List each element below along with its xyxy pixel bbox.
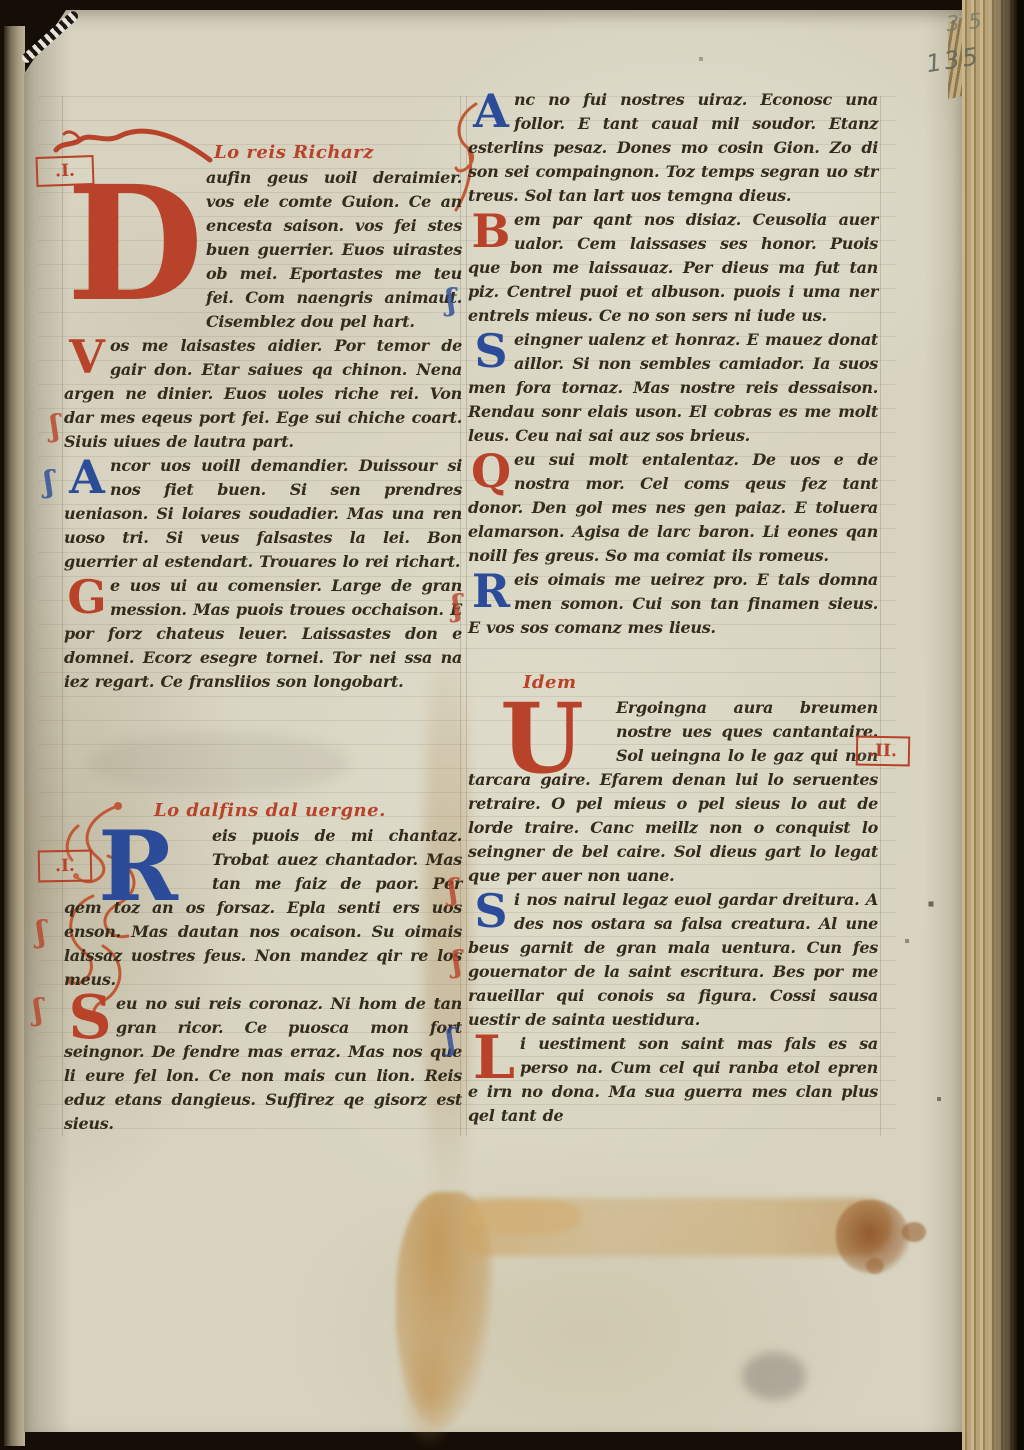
stanza-text: i uestiment son saint mas fals es sa per… <box>468 1034 878 1125</box>
illuminated-initial-S: S <box>64 992 116 1040</box>
margin-numeral: .I. <box>55 161 75 182</box>
stanza-text: nc no fui nostres uiraz. Econosc una fol… <box>468 90 878 205</box>
stanza: Qeu sui molt entalentaz. De uos e de nos… <box>468 448 878 568</box>
left-text-column: Lo reis RicharzDaufin geus uoil deraimie… <box>64 140 462 1136</box>
margin-numeral: .II. <box>869 741 897 761</box>
column-gap <box>64 694 462 798</box>
illuminated-initial-U: U <box>468 696 616 768</box>
book-fore-edge <box>962 0 1024 1450</box>
folio-number-top: 35 <box>945 8 992 37</box>
margin-numeral-box-2: .I. <box>38 850 93 883</box>
stanza-text: aufin geus uoil deraimier. vos ele comte… <box>206 168 462 331</box>
stanza-text: os me laisastes aidier. Por temor de gai… <box>64 336 462 451</box>
paraph-mark-icon: ʃ <box>452 948 462 978</box>
right-text-column: Anc no fui nostres uiraz. Econosc una fo… <box>468 88 878 1128</box>
margin-numeral-box-3: .II. <box>856 736 911 767</box>
illuminated-initial-Q: Q <box>468 448 514 496</box>
stanza-text: eu no sui reis coronaz. Ni hom de tan gr… <box>64 994 462 1133</box>
margin-numeral: .I. <box>55 856 75 876</box>
illuminated-initial-S: S <box>468 888 514 936</box>
paraph-mark-icon: ʃ <box>446 286 456 316</box>
column-gap <box>468 640 878 670</box>
stanza: Reis oimais me ueirez pro. E tals domna … <box>468 568 878 640</box>
illuminated-initial-L: L <box>468 1032 520 1080</box>
stanza-text: eis oimais me ueirez pro. E tals domna m… <box>468 570 878 637</box>
stanza: UErgoingna aura breumen nostre ues ques … <box>468 696 878 888</box>
stanza: Bem par qant nos disiaz. Ceusolia auer u… <box>468 208 878 328</box>
illuminated-initial-R: R <box>468 568 514 616</box>
stanza: Daufin geus uoil deraimier. vos ele comt… <box>64 166 462 334</box>
stanza-text: eu sui molt entalentaz. De uos e de nost… <box>468 450 878 565</box>
illuminated-initial-D: D <box>64 166 206 334</box>
left-rubric: Lo reis Richarz <box>214 140 462 166</box>
paraph-mark-icon: ʃ <box>33 996 43 1026</box>
previous-page-edge <box>4 26 25 1446</box>
stanza-text: ncor uos uoill demandier. Duissour si no… <box>64 456 462 571</box>
illuminated-initial-B: B <box>468 208 514 256</box>
ink-specks <box>0 0 2 2</box>
stanza-text: e uos ui au comensier. Large de gran mes… <box>64 576 462 691</box>
paraph-mark-icon: ʃ <box>448 876 458 906</box>
paraph-mark-icon: ʃ <box>50 412 60 442</box>
stanza: Seingner ualenz et honraz. E mauez donat… <box>468 328 878 448</box>
stanza-text: em par qant nos disiaz. Ceusolia auer ua… <box>468 210 878 325</box>
illuminated-initial-G: G <box>64 574 110 622</box>
left-rubric: Lo dalfins dal uergne. <box>154 798 462 824</box>
stanza: Li uestiment son saint mas fals es sa pe… <box>468 1032 878 1128</box>
margin-numeral-box-1: .I. <box>35 155 94 187</box>
stanza-text: eingner ualenz et honraz. E mauez donat … <box>468 330 878 445</box>
illuminated-initial-V: V <box>64 334 110 382</box>
stanza: Ge uos ui au comensier. Large de gran me… <box>64 574 462 694</box>
manuscript-photo: Lo reis RicharzDaufin geus uoil deraimie… <box>0 0 1024 1450</box>
paraph-mark-icon: ʃ <box>452 592 462 622</box>
stanza: Reis puois de mi chantaz. Trobat auez ch… <box>64 824 462 992</box>
ruling-vertical <box>466 96 467 1136</box>
stanza-text: i nos nairul legaz euol gardar dreitura.… <box>468 890 878 1029</box>
paraph-mark-icon: ʃ <box>446 1026 456 1056</box>
illuminated-initial-A: A <box>64 454 110 502</box>
stanza: Seu no sui reis coronaz. Ni hom de tan g… <box>64 992 462 1136</box>
illuminated-initial-A: A <box>468 88 514 136</box>
illuminated-initial-S: S <box>468 328 514 376</box>
stanza: Vos me laisastes aidier. Por temor de ga… <box>64 334 462 454</box>
right-rubric: Idem <box>523 670 878 696</box>
stanza: Ancor uos uoill demandier. Duissour si n… <box>64 454 462 574</box>
stanza: Si nos nairul legaz euol gardar dreitura… <box>468 888 878 1032</box>
paraph-mark-icon: ʃ <box>44 468 54 498</box>
paraph-mark-icon: ʃ <box>36 918 46 948</box>
stanza: Anc no fui nostres uiraz. Econosc una fo… <box>468 88 878 208</box>
ruling-vertical <box>880 96 881 1136</box>
